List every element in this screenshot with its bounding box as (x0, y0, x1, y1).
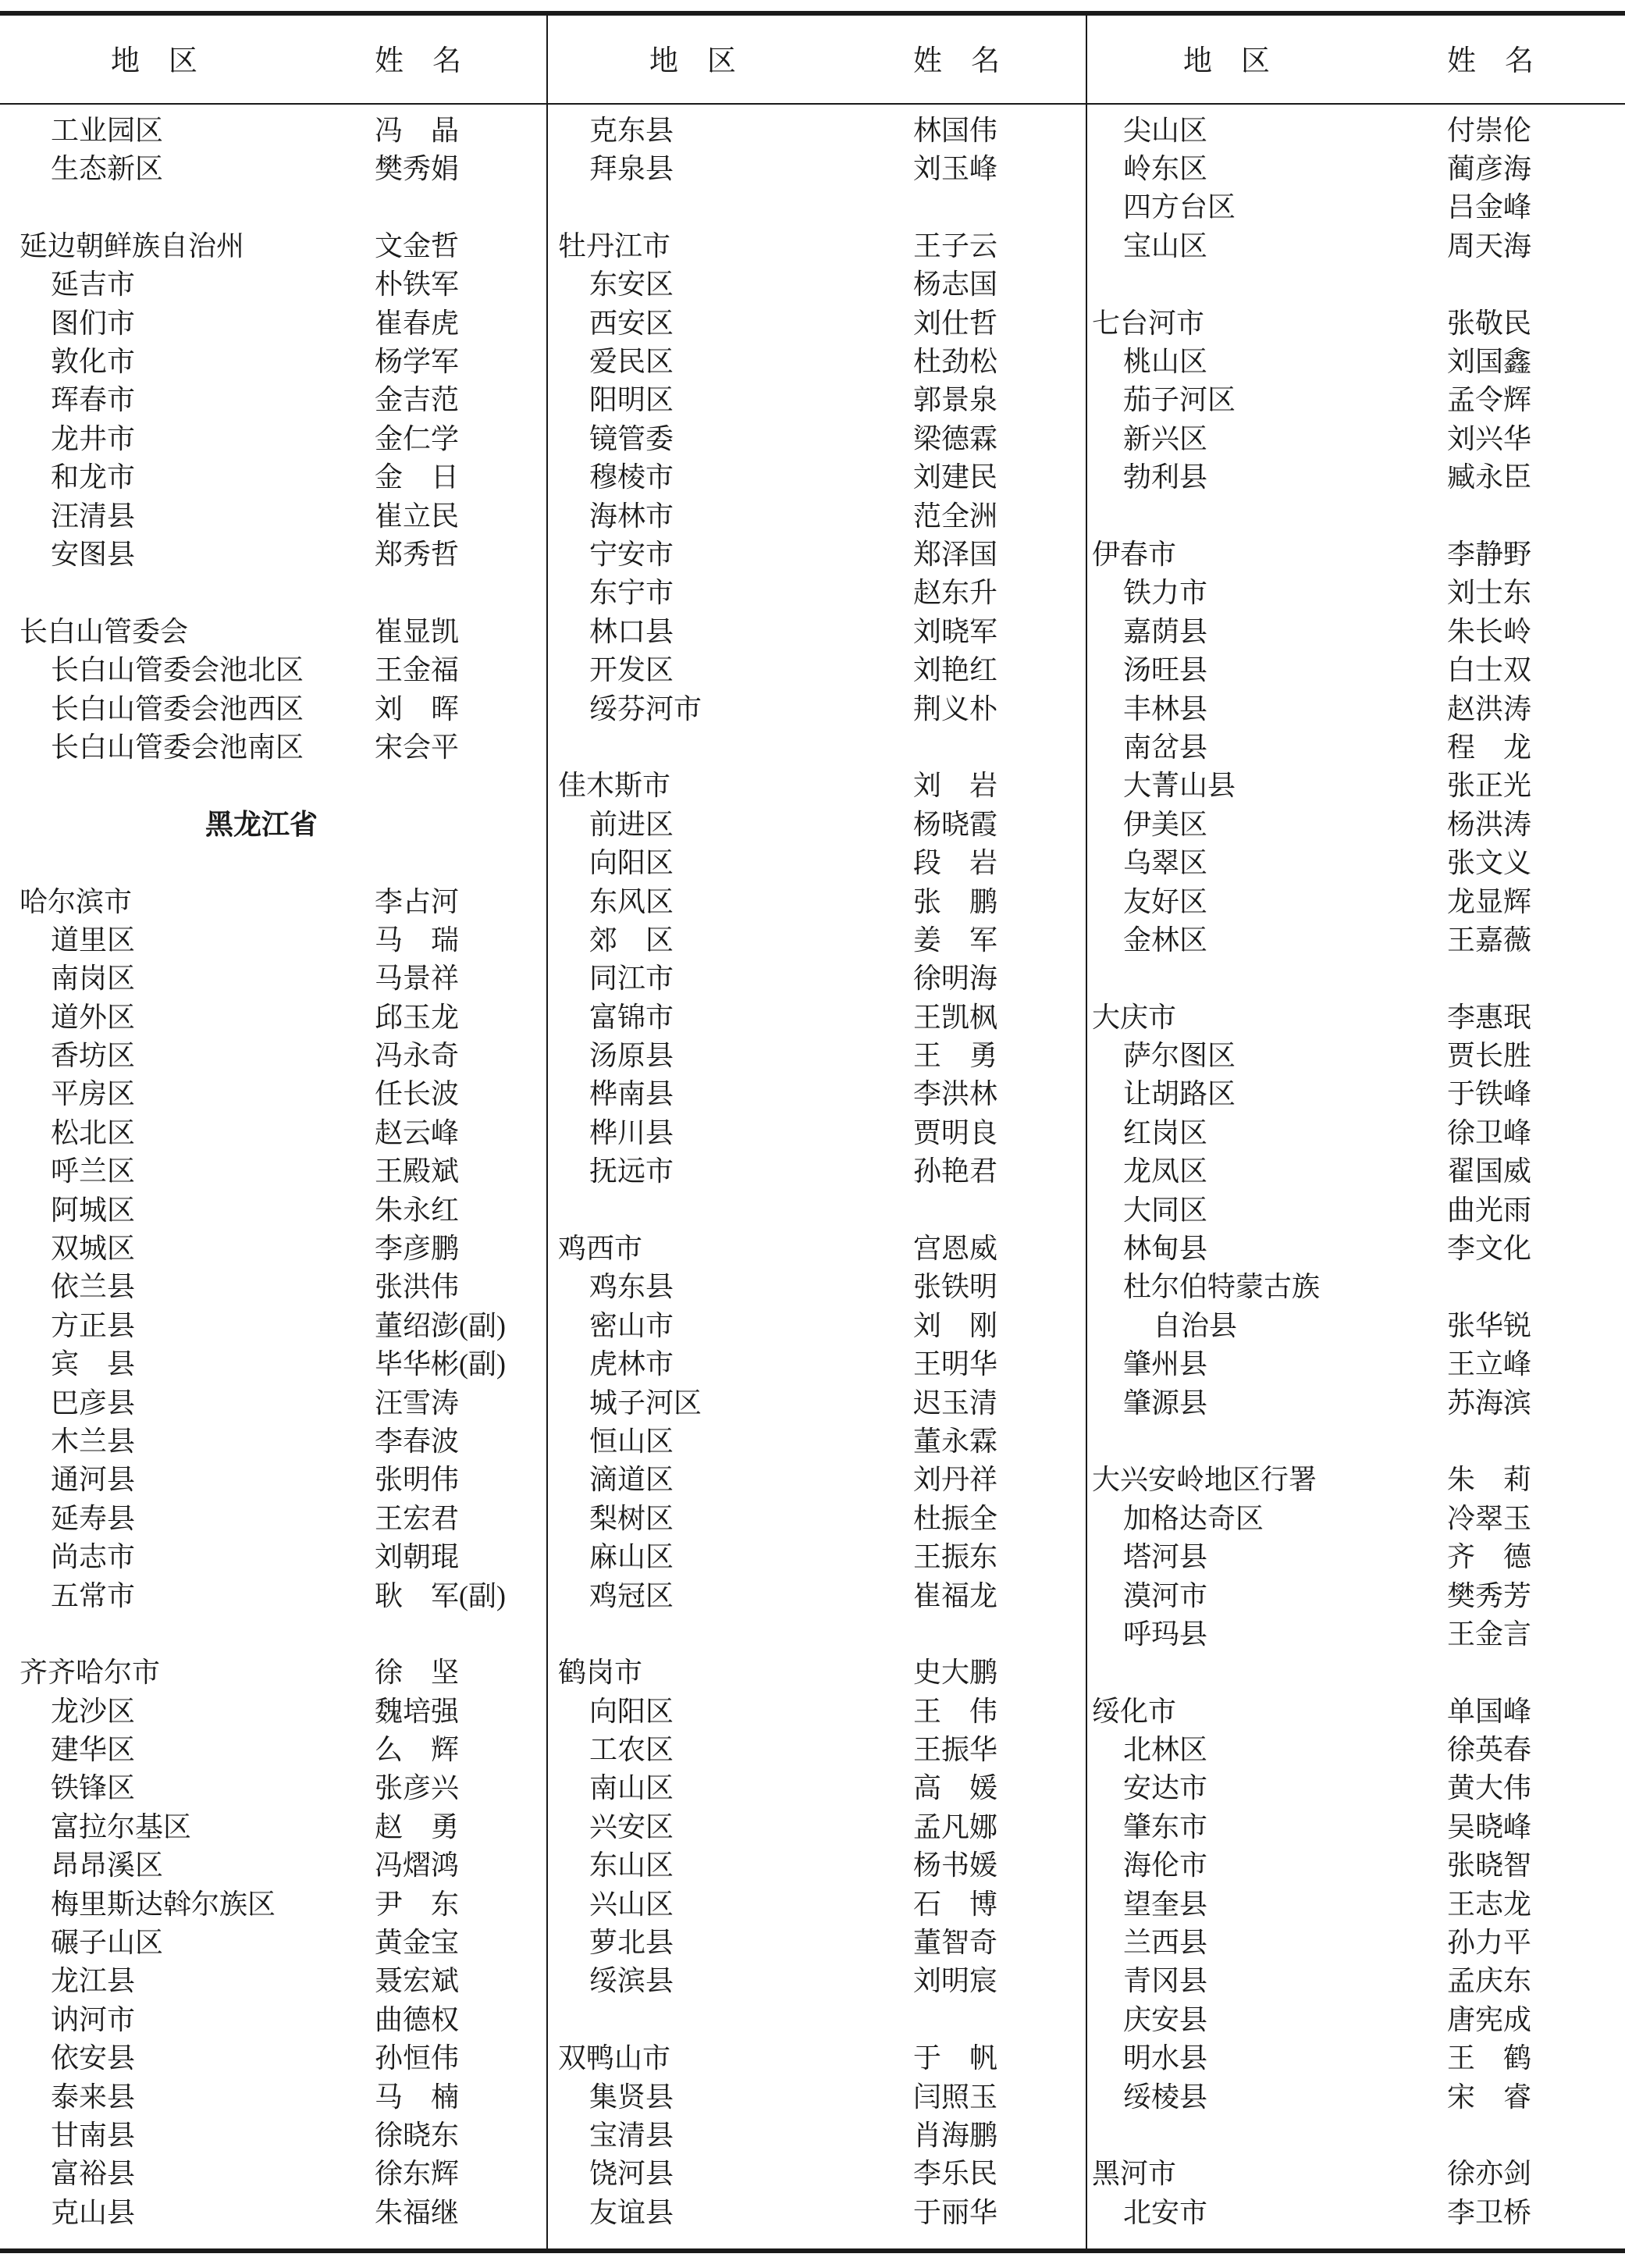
name-header-label: 姓 名 (913, 37, 1000, 79)
region-cell: 自治县 (1092, 1312, 1447, 1340)
table-row: 金林区王嘉薇 (1092, 920, 1625, 959)
region-cell: 友好区 (1092, 888, 1447, 916)
name-cell: 宋 睿 (1447, 2083, 1531, 2111)
region-cell: 汪清县 (20, 502, 375, 530)
table-row: 工农区王振华 (558, 1730, 1086, 1768)
table-row: 道外区邱玉龙 (20, 998, 547, 1036)
region-cell: 龙井市 (20, 425, 375, 453)
table-row: 长白山管委会池北区王金福 (20, 650, 547, 689)
table-row: 木兰县李春波 (20, 1422, 547, 1460)
region-cell: 克东县 (558, 116, 913, 144)
region-cell: 图们市 (20, 309, 375, 337)
name-cell: 冯熠鸿 (375, 1851, 459, 1879)
table-row: 七台河市张敬民 (1092, 304, 1625, 342)
table-row: 北安市李卫桥 (1092, 2193, 1625, 2231)
region-cell: 庆安县 (1092, 2006, 1447, 2034)
name-cell: 王振华 (913, 1736, 997, 1764)
name-cell: 王子云 (913, 232, 997, 260)
region-cell: 明水县 (1092, 2044, 1447, 2072)
blank-row (558, 1615, 1086, 1653)
table-row: 安图县郑秀哲 (20, 535, 547, 573)
name-cell: 刘兴华 (1447, 425, 1531, 453)
name-cell: 张铁明 (913, 1273, 997, 1301)
name-cell: 龙显辉 (1447, 888, 1531, 916)
region-cell: 道外区 (20, 1003, 375, 1031)
region-cell: 珲春市 (20, 386, 375, 414)
table-row: 兴山区石 博 (558, 1885, 1086, 1923)
name-cell: 王志龙 (1447, 1890, 1531, 1918)
name-cell: 张 鹏 (913, 888, 997, 916)
table-row: 鸡东县张铁明 (558, 1268, 1086, 1306)
region-cell: 前进区 (558, 810, 913, 838)
table-row: 碾子山区黄金宝 (20, 1923, 547, 1961)
table-row: 海林市范全洲 (558, 497, 1086, 535)
name-cell: 迟玉清 (913, 1389, 997, 1417)
name-cell: 吕金峰 (1447, 193, 1531, 221)
name-cell: 崔立民 (375, 502, 459, 530)
region-cell: 宾 县 (20, 1350, 375, 1378)
name-cell: 刘 岩 (913, 771, 997, 799)
name-cell: 郑秀哲 (375, 540, 459, 568)
name-cell: 徐东辉 (375, 2159, 459, 2188)
name-cell: 王殿斌 (375, 1157, 459, 1185)
table-row: 镜管委梁德霖 (558, 419, 1086, 458)
table-row: 郊 区姜 军 (558, 920, 1086, 959)
table-row: 尖山区付崇伦 (1092, 111, 1625, 149)
table-row: 安达市黄大伟 (1092, 1769, 1625, 1807)
name-cell: 徐 坚 (375, 1658, 459, 1686)
table-row: 红岗区徐卫峰 (1092, 1113, 1625, 1152)
region-cell: 开发区 (558, 656, 913, 684)
region-cell: 通河县 (20, 1465, 375, 1494)
name-cell: 李静野 (1447, 540, 1531, 568)
region-cell: 向阳区 (558, 1697, 913, 1725)
table-row: 海伦市张晓智 (1092, 1846, 1625, 1885)
region-cell: 松北区 (20, 1119, 375, 1147)
region-cell: 加格达奇区 (1092, 1504, 1447, 1533)
region-cell: 宝山区 (1092, 232, 1447, 260)
blank-row (558, 188, 1086, 226)
name-cell: 董永霖 (913, 1427, 997, 1455)
name-cell: 金仁学 (375, 425, 459, 453)
table-row: 茄子河区孟令辉 (1092, 381, 1625, 419)
table-row: 南山区高 媛 (558, 1769, 1086, 1807)
table-row: 鸡冠区崔福龙 (558, 1576, 1086, 1615)
table-row: 敦化市杨学军 (20, 342, 547, 380)
table-row: 宝清县肖海鹏 (558, 2116, 1086, 2154)
region-cell: 城子河区 (558, 1389, 913, 1417)
table-row: 建华区么 辉 (20, 1730, 547, 1768)
region-cell: 南岗区 (20, 964, 375, 992)
directory-table: 地 区 姓 名 工业园区冯 晶生态新区樊秀娟延边朝鲜族自治州文金哲延吉市朴铁军图… (0, 0, 1625, 2268)
name-cell: 刘国鑫 (1447, 347, 1531, 376)
region-cell: 向阳区 (558, 849, 913, 877)
name-cell: 杨洪涛 (1447, 810, 1531, 838)
region-cell: 兰西县 (1092, 1928, 1447, 1956)
region-cell: 东安区 (558, 270, 913, 298)
region-cell: 爱民区 (558, 347, 913, 376)
name-cell: 王立峰 (1447, 1350, 1531, 1378)
region-cell: 西安区 (558, 309, 913, 337)
region-cell: 大菁山县 (1092, 771, 1447, 799)
region-cell: 肇源县 (1092, 1389, 1447, 1417)
name-cell: 王 鹤 (1447, 2044, 1531, 2072)
table-row: 友谊县于丽华 (558, 2193, 1086, 2231)
table-row: 萝北县董智奇 (558, 1923, 1086, 1961)
table-row: 克山县朱福继 (20, 2193, 547, 2231)
region-cell: 依兰县 (20, 1273, 375, 1301)
table-row: 绥芬河市荆义朴 (558, 689, 1086, 728)
region-cell: 佳木斯市 (558, 771, 913, 799)
region-cell: 宝清县 (558, 2121, 913, 2149)
name-cell: 徐明海 (913, 964, 997, 992)
name-cell: 郭景泉 (913, 386, 997, 414)
name-cell: 贾长胜 (1447, 1041, 1531, 1070)
table-row: 北林区徐英春 (1092, 1730, 1625, 1768)
region-cell: 牡丹江市 (558, 232, 913, 260)
region-cell: 桦川县 (558, 1119, 913, 1147)
region-cell: 龙凤区 (1092, 1157, 1447, 1185)
region-cell: 阳明区 (558, 386, 913, 414)
table-row: 肇源县苏海滨 (1092, 1383, 1625, 1422)
name-cell: 魏培强 (375, 1697, 459, 1725)
name-cell: 张正光 (1447, 771, 1531, 799)
column-header: 地 区 姓 名 (1092, 11, 1625, 104)
region-cell: 木兰县 (20, 1427, 375, 1455)
table-row: 塔河县齐 德 (1092, 1537, 1625, 1575)
name-cell: 樊秀芳 (1447, 1582, 1531, 1610)
name-cell: 曲德权 (375, 2006, 459, 2034)
name-cell: 蔺彦海 (1447, 155, 1531, 183)
region-cell: 大兴安岭地区行署 (1092, 1465, 1447, 1494)
region-cell: 梅里斯达斡尔族区 (20, 1890, 375, 1918)
region-cell: 生态新区 (20, 155, 375, 183)
table-row: 双鸭山市于 帆 (558, 2039, 1086, 2078)
region-cell: 萝北县 (558, 1928, 913, 1956)
name-cell: 刘建民 (913, 463, 997, 491)
table-row: 漠河市樊秀芳 (1092, 1576, 1625, 1615)
table-row: 恒山区董永霖 (558, 1422, 1086, 1460)
table-row: 青冈县孟庆东 (1092, 1962, 1625, 2000)
name-cell: 冯 晶 (375, 116, 459, 144)
region-cell: 东山区 (558, 1851, 913, 1879)
blank-row (20, 574, 547, 612)
region-cell: 嘉荫县 (1092, 618, 1447, 646)
name-cell: 樊秀娟 (375, 155, 459, 183)
blank-row (20, 188, 547, 226)
name-cell: 吴晓峰 (1447, 1813, 1531, 1841)
name-cell: 王凯枫 (913, 1003, 997, 1031)
table-row: 松北区赵云峰 (20, 1113, 547, 1152)
table-row: 桃山区刘国鑫 (1092, 342, 1625, 380)
table-row: 麻山区王振东 (558, 1537, 1086, 1575)
blank-row (1092, 1422, 1625, 1460)
name-cell: 刘明宸 (913, 1967, 997, 1995)
region-cell: 肇州县 (1092, 1350, 1447, 1378)
region-cell: 和龙市 (20, 463, 375, 491)
table-row: 集贤县闫照玉 (558, 2078, 1086, 2116)
name-cell: 李文化 (1447, 1234, 1531, 1262)
region-cell: 东宁市 (558, 579, 913, 607)
table-row: 生态新区樊秀娟 (20, 149, 547, 187)
table-row: 萨尔图区贾长胜 (1092, 1036, 1625, 1074)
column-header: 地 区 姓 名 (558, 11, 1086, 104)
region-cell: 绥滨县 (558, 1967, 913, 1995)
table-row: 桦南县李洪林 (558, 1075, 1086, 1113)
region-cell: 东风区 (558, 888, 913, 916)
name-cell: 周天海 (1447, 232, 1531, 260)
region-cell: 萨尔图区 (1092, 1041, 1447, 1070)
table-row: 虎林市王明华 (558, 1345, 1086, 1383)
blank-row (558, 728, 1086, 766)
table-row: 阿城区朱永红 (20, 1191, 547, 1229)
region-cell: 巴彦县 (20, 1389, 375, 1417)
name-cell: 任长波 (375, 1080, 459, 1108)
region-cell: 穆棱市 (558, 463, 913, 491)
table-row: 林口县刘晓军 (558, 612, 1086, 650)
table-row: 嘉荫县朱长岭 (1092, 612, 1625, 650)
region-cell: 望奎县 (1092, 1890, 1447, 1918)
region-cell: 密山市 (558, 1312, 913, 1340)
region-cell: 郊 区 (558, 926, 913, 954)
region-cell: 延边朝鲜族自治州 (20, 232, 375, 260)
name-cell: 王金福 (375, 656, 459, 684)
table-row: 新兴区刘兴华 (1092, 419, 1625, 458)
name-cell: 刘 刚 (913, 1312, 997, 1340)
name-cell: 杜振全 (913, 1504, 997, 1533)
blank-row (1092, 265, 1625, 304)
region-cell: 富拉尔基区 (20, 1813, 375, 1841)
name-cell: 付崇伦 (1447, 116, 1531, 144)
region-cell: 塔河县 (1092, 1543, 1447, 1571)
region-cell: 克山县 (20, 2199, 375, 2227)
region-cell: 让胡路区 (1092, 1080, 1447, 1108)
name-cell: 李占河 (375, 888, 459, 916)
region-cell: 龙沙区 (20, 1697, 375, 1725)
name-cell: 臧永臣 (1447, 463, 1531, 491)
region-cell: 铁力市 (1092, 579, 1447, 607)
table-row: 肇东市吴晓峰 (1092, 1807, 1625, 1846)
name-header-label: 姓 名 (1447, 37, 1534, 79)
name-cell: 于铁峰 (1447, 1080, 1531, 1108)
name-cell: 董绍澎(副) (375, 1312, 506, 1340)
table-row: 齐齐哈尔市徐 坚 (20, 1654, 547, 1692)
region-cell: 碾子山区 (20, 1928, 375, 1956)
table-row: 绥化市单国峰 (1092, 1692, 1625, 1730)
region-cell: 铁锋区 (20, 1774, 375, 1802)
name-cell: 姜 军 (913, 926, 997, 954)
name-cell: 金吉范 (375, 386, 459, 414)
name-cell: 齐 德 (1447, 1543, 1531, 1571)
name-cell: 马 瑞 (375, 926, 459, 954)
table-row: 铁锋区张彦兴 (20, 1769, 547, 1807)
region-cell: 汤旺县 (1092, 656, 1447, 684)
region-cell: 甘南县 (20, 2121, 375, 2149)
blank-row (20, 1615, 547, 1653)
column-rows: 尖山区付崇伦岭东区蔺彦海四方台区吕金峰宝山区周天海七台河市张敬民桃山区刘国鑫茄子… (1092, 104, 1625, 2231)
region-cell: 四方台区 (1092, 193, 1447, 221)
table-row: 牡丹江市王子云 (558, 226, 1086, 265)
name-cell: 朱长岭 (1447, 618, 1531, 646)
table-row: 岭东区蔺彦海 (1092, 149, 1625, 187)
name-cell: 李洪林 (913, 1080, 997, 1108)
table-row: 西安区刘仕哲 (558, 304, 1086, 342)
table-row: 乌翠区张文义 (1092, 843, 1625, 881)
region-cell: 同江市 (558, 964, 913, 992)
name-cell: 王金言 (1447, 1620, 1531, 1648)
name-cell: 于 帆 (913, 2044, 997, 2072)
table-row: 延寿县王宏君 (20, 1499, 547, 1537)
table-row: 密山市刘 刚 (558, 1306, 1086, 1344)
region-cell: 虎林市 (558, 1350, 913, 1378)
table-row: 东山区杨书媛 (558, 1846, 1086, 1885)
table-row: 前进区杨晓霞 (558, 805, 1086, 843)
name-cell: 杜劲松 (913, 347, 997, 376)
region-cell: 七台河市 (1092, 309, 1447, 337)
region-cell: 北安市 (1092, 2199, 1447, 2227)
table-row: 昂昂溪区冯熠鸿 (20, 1846, 547, 1885)
name-cell: 金 日 (375, 463, 459, 491)
region-cell: 呼玛县 (1092, 1620, 1447, 1648)
table-row: 大兴安岭地区行署朱 莉 (1092, 1461, 1625, 1499)
table-row: 望奎县王志龙 (1092, 1885, 1625, 1923)
name-cell: 刘朝琨 (375, 1543, 459, 1571)
region-header-label: 地 区 (20, 37, 375, 79)
table-row: 同江市徐明海 (558, 960, 1086, 998)
blank-row (558, 2000, 1086, 2038)
region-cell: 大同区 (1092, 1196, 1447, 1224)
name-cell: 马 楠 (375, 2083, 459, 2111)
table-row: 龙井市金仁学 (20, 419, 547, 458)
region-cell: 伊春市 (1092, 540, 1447, 568)
region-cell: 泰来县 (20, 2083, 375, 2111)
region-cell: 岭东区 (1092, 155, 1447, 183)
name-cell: 赵东升 (913, 579, 997, 607)
name-cell: 孙艳君 (913, 1157, 997, 1185)
region-cell: 滴道区 (558, 1465, 913, 1494)
name-cell: 于丽华 (913, 2199, 997, 2227)
name-cell: 程 龙 (1447, 733, 1531, 761)
name-cell: 朱永红 (375, 1196, 459, 1224)
table-row: 依安县孙恒伟 (20, 2039, 547, 2078)
name-cell: 崔福龙 (913, 1582, 997, 1610)
region-cell: 工业园区 (20, 116, 375, 144)
region-cell: 桦南县 (558, 1080, 913, 1108)
name-cell: 李惠珉 (1447, 1003, 1531, 1031)
name-cell: 朱福继 (375, 2199, 459, 2227)
table-row: 拜泉县刘玉峰 (558, 149, 1086, 187)
table-row: 宁安市郑泽国 (558, 535, 1086, 573)
name-cell: 冷翠玉 (1447, 1504, 1531, 1533)
name-cell: 刘晓军 (913, 618, 997, 646)
table-row: 大庆市李惠珉 (1092, 998, 1625, 1036)
region-cell: 绥棱县 (1092, 2083, 1447, 2111)
region-cell: 乌翠区 (1092, 849, 1447, 877)
column-rows: 克东县林国伟拜泉县刘玉峰牡丹江市王子云东安区杨志国西安区刘仕哲爱民区杜劲松阳明区… (558, 104, 1086, 2231)
name-cell: 王振东 (913, 1543, 997, 1571)
table-row: 鸡西市宫恩威 (558, 1229, 1086, 1267)
name-cell: 董智奇 (913, 1928, 997, 1956)
name-cell: 梁德霖 (913, 425, 997, 453)
table-row: 汤原县王 勇 (558, 1036, 1086, 1074)
region-cell: 道里区 (20, 926, 375, 954)
name-cell: 杨书媛 (913, 1851, 997, 1879)
name-cell: 聂宏斌 (375, 1967, 459, 1995)
region-cell: 梨树区 (558, 1504, 913, 1533)
region-cell: 大庆市 (1092, 1003, 1447, 1031)
table-row: 伊春市李静野 (1092, 535, 1625, 573)
name-cell: 曲光雨 (1447, 1196, 1531, 1224)
region-cell: 桃山区 (1092, 347, 1447, 376)
name-cell: 李春波 (375, 1427, 459, 1455)
table-row: 龙凤区翟国威 (1092, 1152, 1625, 1191)
name-cell: 黄大伟 (1447, 1774, 1531, 1802)
table-row: 滴道区刘丹祥 (558, 1461, 1086, 1499)
table-row: 勃利县臧永臣 (1092, 458, 1625, 497)
name-cell: 贾明良 (913, 1119, 997, 1147)
table-row: 黑河市徐亦剑 (1092, 2155, 1625, 2193)
name-cell: 苏海滨 (1447, 1389, 1531, 1417)
table-row: 爱民区杜劲松 (558, 342, 1086, 380)
name-cell: 赵 勇 (375, 1813, 459, 1841)
table-row: 庆安县唐宪成 (1092, 2000, 1625, 2038)
name-cell: 段 岩 (913, 849, 997, 877)
region-cell: 富锦市 (558, 1003, 913, 1031)
region-cell: 兴安区 (558, 1813, 913, 1841)
name-cell: 毕华彬(副) (375, 1350, 506, 1378)
table-row: 富裕县徐东辉 (20, 2155, 547, 2193)
region-cell: 安达市 (1092, 1774, 1447, 1802)
table-row: 佳木斯市刘 岩 (558, 767, 1086, 805)
name-cell: 孟凡娜 (913, 1813, 997, 1841)
region-cell: 方正县 (20, 1312, 375, 1340)
region-cell: 杜尔伯特蒙古族 (1092, 1273, 1447, 1301)
table-row: 克东县林国伟 (558, 111, 1086, 149)
region-cell: 延吉市 (20, 270, 375, 298)
region-cell: 建华区 (20, 1736, 375, 1764)
region-cell: 尖山区 (1092, 116, 1447, 144)
table-row: 城子河区迟玉清 (558, 1383, 1086, 1422)
name-cell: 刘士东 (1447, 579, 1531, 607)
name-cell: 徐卫峰 (1447, 1119, 1531, 1147)
name-cell: 李乐民 (913, 2159, 997, 2188)
table-row: 和龙市金 日 (20, 458, 547, 497)
name-cell: 杨学军 (375, 347, 459, 376)
region-cell: 镜管委 (558, 425, 913, 453)
region-cell: 林甸县 (1092, 1234, 1447, 1262)
blank-row (1092, 960, 1625, 998)
table-row: 道里区马 瑞 (20, 920, 547, 959)
region-cell: 丰林县 (1092, 695, 1447, 723)
name-cell: 林国伟 (913, 116, 997, 144)
name-cell: 朱 莉 (1447, 1465, 1531, 1494)
region-cell: 伊美区 (1092, 810, 1447, 838)
blank-row (20, 767, 547, 805)
table-row: 龙江县聂宏斌 (20, 1962, 547, 2000)
name-cell: 李卫桥 (1447, 2199, 1531, 2227)
region-cell: 绥化市 (1092, 1697, 1447, 1725)
name-cell: 汪雪涛 (375, 1389, 459, 1417)
table-row: 东安区杨志国 (558, 265, 1086, 304)
name-cell: 刘 晖 (375, 695, 459, 723)
region-cell: 哈尔滨市 (20, 888, 375, 916)
blank-row (1092, 497, 1625, 535)
table-row: 长白山管委会池西区刘 晖 (20, 689, 547, 728)
region-cell: 龙江县 (20, 1967, 375, 1995)
directory-page: 地 区 姓 名 工业园区冯 晶生态新区樊秀娟延边朝鲜族自治州文金哲延吉市朴铁军图… (0, 0, 1625, 2268)
table-row: 汪清县崔立民 (20, 497, 547, 535)
table-row: 兰西县孙力平 (1092, 1923, 1625, 1961)
